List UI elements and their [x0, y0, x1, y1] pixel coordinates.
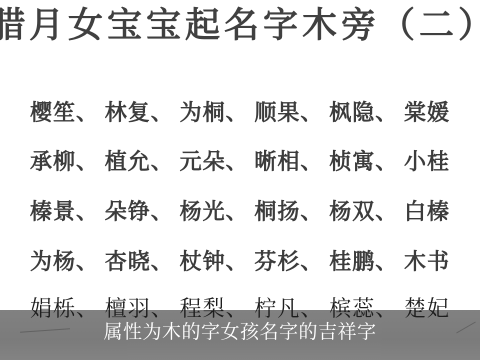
name-item: 棠媛: [404, 100, 450, 126]
page-title: 腊月女宝宝起名字木旁（二）: [0, 6, 480, 46]
name-row: 承柳、 植允、 元朵、 晰相、 桢寓、 小桂: [30, 149, 450, 175]
name-row: 樱笙、 林复、 为桐、 顺果、 枫隐、 棠媛: [30, 100, 450, 126]
name-item: 承柳、: [30, 149, 99, 175]
name-item: 为桐、: [180, 100, 249, 126]
name-item: 白榛: [404, 199, 450, 225]
name-row: 榛景、 朵铮、 杨光、 桐扬、 杨双、 白榛: [30, 199, 450, 225]
name-row: 为杨、 杏晓、 杖钟、 芬杉、 桂鹏、 木书: [30, 249, 450, 275]
name-item: 元朵、: [180, 149, 249, 175]
name-item: 小桂: [404, 149, 450, 175]
name-item: 顺果、: [254, 100, 323, 126]
name-item: 植允、: [105, 149, 174, 175]
name-item: 榛景、: [30, 199, 99, 225]
name-item: 樱笙、: [30, 100, 99, 126]
name-item: 杏晓、: [105, 249, 174, 275]
image-canvas: 腊月女宝宝起名字木旁（二） 樱笙、 林复、 为桐、 顺果、 枫隐、 棠媛 承柳、…: [0, 0, 480, 360]
name-item: 木书: [404, 249, 450, 275]
name-item: 桐扬、: [254, 199, 323, 225]
partially-covered-names: 娟栎、 檀羽、 程梨、 柠凡、 槟蕊、 楚妃: [0, 0, 480, 360]
name-item: 为杨、: [30, 249, 99, 275]
name-item: 桂鹏、: [329, 249, 398, 275]
image-caption: 属性为木的字女孩名字的吉祥字: [0, 312, 480, 352]
name-item: 林复、: [105, 100, 174, 126]
name-item: 杨双、: [329, 199, 398, 225]
name-item: 晰相、: [254, 149, 323, 175]
name-item: 杨光、: [180, 199, 249, 225]
name-item: 朵铮、: [105, 199, 174, 225]
name-item: 枫隐、: [329, 100, 398, 126]
name-item: 桢寓、: [329, 149, 398, 175]
name-item: 杖钟、: [180, 249, 249, 275]
name-item: 芬杉、: [254, 249, 323, 275]
